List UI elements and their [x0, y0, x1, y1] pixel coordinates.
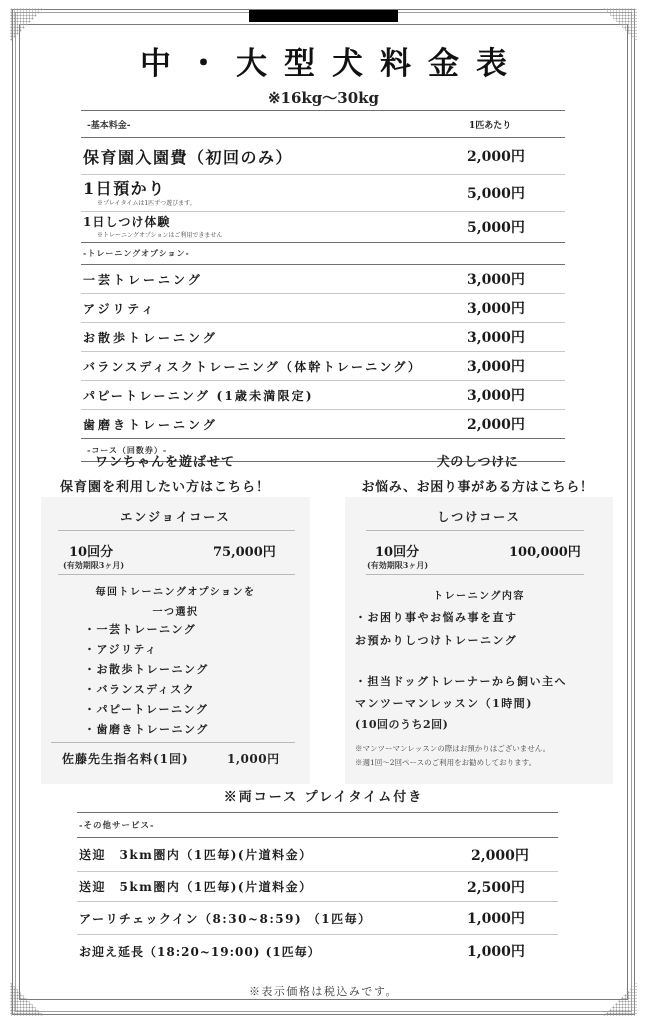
item-price: 5,000円 — [467, 217, 525, 237]
table-row: バランスディスクトレーニング（体幹トレーニング） 3,000円 — [81, 352, 565, 380]
shitsuke-note: ※週1回～2回ペースのご利用をお勧めしております。 — [355, 757, 536, 768]
enjoy-course-box: エンジョイコース 10回分 (有効期限3ヶ月) 75,000円 毎回トレーニング… — [41, 497, 310, 784]
option-item: ・お散歩トレーニング — [84, 661, 209, 677]
divider — [366, 574, 584, 575]
content-line: ・担当ドッグトレーナーから飼い主へ — [355, 673, 567, 689]
table-row: 送迎 3km圏内（1匹毎)(片道料金） 2,000円 — [77, 838, 558, 871]
basic-fee-table: -基本料金- 1匹あたり 保育園入園費（初回のみ） 2,000円 1日預かり ※… — [81, 110, 565, 462]
shitsuke-note: ※マンツーマンレッスンの際はお預かりはございません。 — [355, 743, 550, 754]
table-row: 一芸トレーニング 3,000円 — [81, 265, 565, 293]
item-label: アジリティ — [81, 300, 156, 317]
top-black-bar — [249, 10, 398, 22]
item-price: 3,000円 — [467, 356, 525, 376]
item-price: 2,500円 — [467, 877, 525, 897]
option-item: ・アジリティ — [84, 641, 157, 657]
item-price: 5,000円 — [467, 183, 525, 203]
course-validity: (有効期限3ヶ月) — [63, 560, 124, 571]
section-label: -基本料金- — [81, 118, 130, 131]
section-header-basic: -基本料金- 1匹あたり — [81, 111, 565, 137]
section-label: -その他サービス- — [77, 819, 155, 831]
table-row: 保育園入園費（初回のみ） 2,000円 — [81, 138, 565, 174]
both-courses-playtime-note: ※両コース プレイタイム付き — [0, 786, 647, 805]
content-line: お預かりしつけトレーニング — [355, 632, 517, 648]
shitsuke-course-box: しつけコース 10回分 (有効期限3ヶ月) 100,000円 トレーニング内容 … — [345, 497, 613, 784]
divider — [58, 574, 295, 575]
weight-range: ※16kg～30kg — [0, 87, 647, 108]
divider — [366, 530, 584, 531]
table-row: お散歩トレーニング 3,000円 — [81, 323, 565, 351]
page-title: 中・大型犬料金表 — [0, 38, 647, 83]
item-price: 3,000円 — [467, 269, 525, 289]
item-note: ※トレーニングオプションはご利用できません — [83, 230, 222, 239]
item-price: 3,000円 — [467, 327, 525, 347]
item-label: アーリチェックイン（8:30~8:59) （1匹毎） — [77, 910, 372, 927]
table-row: アジリティ 3,000円 — [81, 294, 565, 322]
item-price: 1,000円 — [467, 941, 525, 961]
item-label: パピートレーニング (1歳未満限定) — [81, 387, 314, 404]
item-label: お散歩トレーニング — [81, 329, 218, 346]
item-label: 一芸トレーニング — [81, 271, 203, 288]
content-line: ・お困り事やお悩み事を直す — [355, 609, 518, 625]
section-header-training: -トレーニングオプション- — [81, 243, 565, 264]
item-label: バランスディスクトレーニング（体幹トレーニング） — [81, 358, 422, 375]
content-line: マンツーマンレッスン（1時間) — [355, 695, 533, 711]
tax-included-note: ※表示価格は税込みです。 — [0, 983, 647, 999]
table-row: 歯磨きトレーニング 2,000円 — [81, 410, 565, 438]
item-price: 2,000円 — [467, 414, 525, 434]
nomination-fee-price: 1,000円 — [227, 750, 280, 767]
table-row: パピートレーニング (1歳未満限定) 3,000円 — [81, 381, 565, 409]
select-instruction: 一つ選択 — [41, 603, 310, 618]
item-price: 3,000円 — [467, 385, 525, 405]
item-label: 1日預かり — [83, 180, 196, 198]
table-row: 1日しつけ体験 ※トレーニングオプションはご利用できません 5,000円 — [81, 212, 565, 242]
section-label: -トレーニングオプション- — [81, 248, 190, 259]
course-name: しつけコース — [345, 508, 613, 525]
option-item: ・バランスディスク — [84, 681, 195, 697]
item-note: ※プレイタイムは1匹ずつ遊びます。 — [83, 198, 196, 207]
training-content-title: トレーニング内容 — [345, 587, 613, 602]
enjoy-course-heading: ワンちゃんを遊ばせて 保育園を利用したい方はこちら！ — [30, 450, 300, 500]
divider — [58, 530, 295, 531]
item-label: 保育園入園費（初回のみ） — [81, 145, 293, 168]
heading-line: ワンちゃんを遊ばせて — [30, 450, 300, 475]
item-label: 1日しつけ体験 — [83, 215, 222, 230]
option-item: ・パピートレーニング — [84, 701, 208, 717]
nomination-fee-label: 佐藤先生指名料(1回) — [62, 750, 189, 767]
select-instruction: 毎回トレーニングオプションを — [41, 583, 310, 598]
table-row: 送迎 5km圏内（1匹毎)(片道料金） 2,500円 — [77, 872, 558, 901]
course-price: 100,000円 — [509, 541, 581, 560]
other-services-table: -その他サービス- 送迎 3km圏内（1匹毎)(片道料金） 2,000円 送迎 … — [77, 812, 558, 967]
item-price: 1,000円 — [467, 908, 525, 928]
section-header-other: -その他サービス- — [77, 813, 558, 837]
table-row: アーリチェックイン（8:30~8:59) （1匹毎） 1,000円 — [77, 902, 558, 934]
course-count: 10回分 — [69, 541, 113, 560]
course-validity: (有効期限3ヶ月) — [367, 560, 428, 571]
heading-line: 犬のしつけに — [335, 450, 620, 475]
option-item: ・歯磨きトレーニング — [84, 721, 209, 737]
item-price: 2,000円 — [471, 845, 529, 865]
table-row: お迎え延長（18:20~19:00) (1匹毎） 1,000円 — [77, 935, 558, 967]
item-price: 2,000円 — [467, 146, 525, 166]
course-name: エンジョイコース — [41, 508, 310, 525]
per-dog-label: 1匹あたり — [469, 118, 511, 131]
item-label: 送迎 3km圏内（1匹毎)(片道料金） — [77, 846, 313, 863]
content-line: (10回のうち2回) — [355, 716, 448, 732]
shitsuke-course-heading: 犬のしつけに お悩み、お困り事がある方はこちら！ — [335, 450, 620, 500]
option-item: ・一芸トレーニング — [84, 621, 196, 637]
divider — [51, 742, 295, 743]
table-row: 1日預かり ※プレイタイムは1匹ずつ遊びます。 5,000円 — [81, 175, 565, 211]
course-price: 75,000円 — [213, 541, 276, 560]
item-label: 送迎 5km圏内（1匹毎)(片道料金） — [77, 878, 313, 895]
item-label: お迎え延長（18:20~19:00) (1匹毎） — [77, 943, 321, 960]
course-count: 10回分 — [375, 541, 419, 560]
item-label: 歯磨きトレーニング — [81, 416, 218, 433]
item-price: 3,000円 — [467, 298, 525, 318]
